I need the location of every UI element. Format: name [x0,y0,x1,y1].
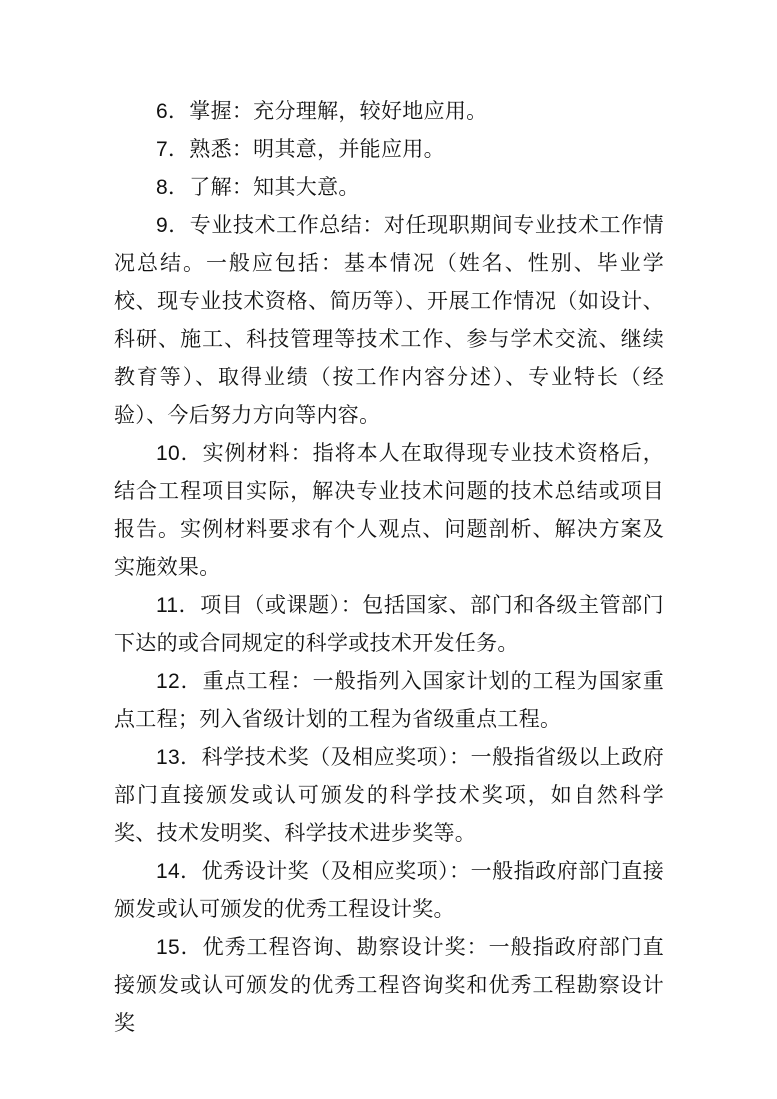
paragraph: 10．实例材料：指将本人在取得现专业技术资格后，结合工程项目实际，解决专业技术问… [114,435,664,587]
paragraph: 12．重点工程：一般指列入国家计划的工程为国家重点工程；列入省级计划的工程为省级… [114,663,664,739]
paragraph: 6．掌握：充分理解，较好地应用。 [114,93,664,131]
paragraph: 14．优秀设计奖（及相应奖项）：一般指政府部门直接颁发或认可颁发的优秀工程设计奖… [114,853,664,929]
paragraph: 7．熟悉：明其意，并能应用。 [114,131,664,169]
paragraph: 13．科学技术奖（及相应奖项）：一般指省级以上政府部门直接颁发或认可颁发的科学技… [114,739,664,853]
paragraph: 9．专业技术工作总结：对任现职期间专业技术工作情况总结。一般应包括：基本情况（姓… [114,207,664,435]
paragraph: 11．项目（或课题）：包括国家、部门和各级主管部门下达的或合同规定的科学或技术开… [114,587,664,663]
paragraph: 8．了解：知其大意。 [114,169,664,207]
document-body: 6．掌握：充分理解，较好地应用。7．熟悉：明其意，并能应用。8．了解：知其大意。… [114,93,664,1043]
document-page: 6．掌握：充分理解，较好地应用。7．熟悉：明其意，并能应用。8．了解：知其大意。… [0,0,777,1099]
paragraph: 15．优秀工程咨询、勘察设计奖：一般指政府部门直接颁发或认可颁发的优秀工程咨询奖… [114,929,664,1043]
